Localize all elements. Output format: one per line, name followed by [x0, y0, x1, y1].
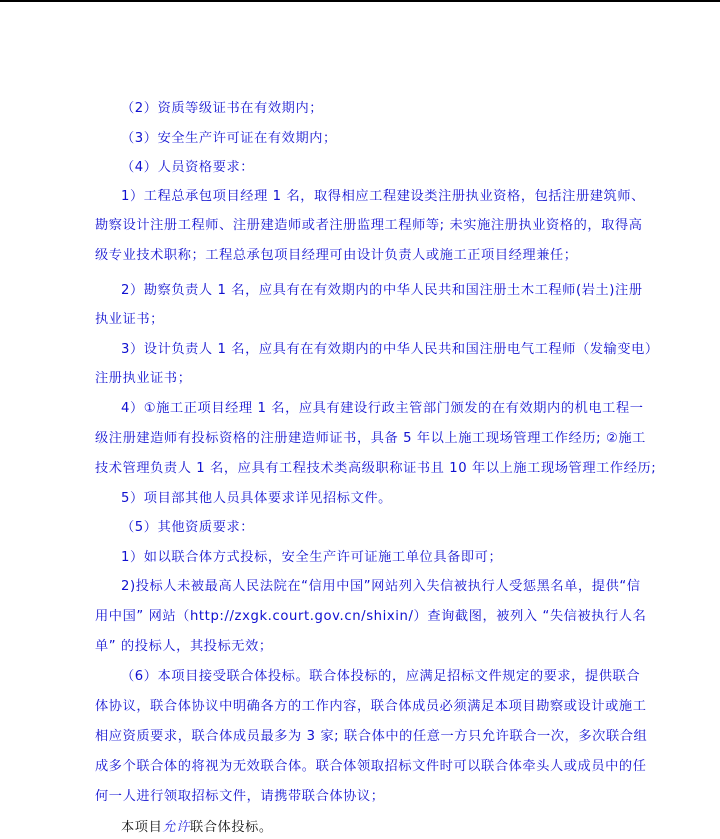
document-line: 1）如以联合体方式投标，安全生产许可证施工单位具备即可；	[121, 550, 502, 566]
document-line: 单” 的投标人，其投标无效；	[95, 639, 273, 655]
top-border-rule	[0, 0, 720, 2]
document-line: 1）工程总承包项目经理 1 名，取得相应工程建设类注册执业资格，包括注册建筑师、	[121, 189, 645, 205]
document-line: 级专业技术职称；工程总承包项目经理可由设计负责人或施工正项目经理兼任；	[95, 248, 578, 264]
document-line: 级注册建造师有投标资格的注册建造师证书，具备 5 年以上施工现场管理工作经历; …	[95, 431, 646, 447]
document-line: 4）①施工正项目经理 1 名，应具有建设行政主管部门颁发的在有效期内的机电工程一	[121, 401, 644, 417]
final-statement-prefix: 本项目	[121, 820, 162, 835]
document-line: 勘察设计注册工程师、注册建造师或者注册监理工程师等; 未实施注册执业资格的，取得…	[95, 218, 643, 234]
document-line: 用中国” 网站（http://zxgk.court.gov.cn/shixin/…	[95, 609, 646, 625]
document-line: 体协议，联合体协议中明确各方的工作内容，联合体成员必须满足本项目勘察或设计或施工	[95, 699, 647, 715]
document-line: 2）勘察负责人 1 名，应具有在有效期内的中华人民共和国注册土木工程师(岩土)注…	[121, 283, 643, 299]
document-line: 3）设计负责人 1 名，应具有在有效期内的中华人民共和国注册电气工程师（发输变电…	[121, 342, 659, 358]
document-line: （5）其他资质要求：	[121, 520, 254, 536]
document-line: 技术管理负责人 1 名，应具有工程技术类高级职称证书且 10 年以上施工现场管理…	[95, 461, 656, 477]
final-statement-line: 本项目允许联合体投标。	[121, 820, 273, 836]
document-line: （4）人员资格要求：	[121, 160, 254, 176]
document-line: 注册执业证书；	[95, 371, 192, 387]
document-line: （6）本项目接受联合体投标。联合体投标的，应满足招标文件规定的要求，提供联合	[121, 669, 640, 685]
document-line: 何一人进行领取招标文件，请携带联合体协议；	[95, 789, 385, 805]
document-line: 执业证书；	[95, 312, 164, 328]
document-line: 相应资质要求，联合体成员最多为 3 家; 联合体中的任意一方只允许联合一次，多次…	[95, 729, 647, 745]
final-statement-suffix: 联合体投标。	[190, 820, 273, 835]
document-line: （3）安全生产许可证在有效期内；	[121, 131, 337, 147]
document-line: 成多个联合体的将视为无效联合体。联合体领取招标文件时可以联合体牵头人或成员中的任	[95, 759, 647, 775]
document-line: （2）资质等级证书在有效期内；	[121, 101, 323, 117]
final-statement-allowed-field: 允许	[162, 820, 190, 835]
document-line: 2)投标人未被最高人民法院在“信用中国”网站列入失信被执行人受惩黑名单，提供“信	[121, 579, 641, 595]
document-line: 5）项目部其他人员具体要求详见招标文件。	[121, 491, 392, 507]
